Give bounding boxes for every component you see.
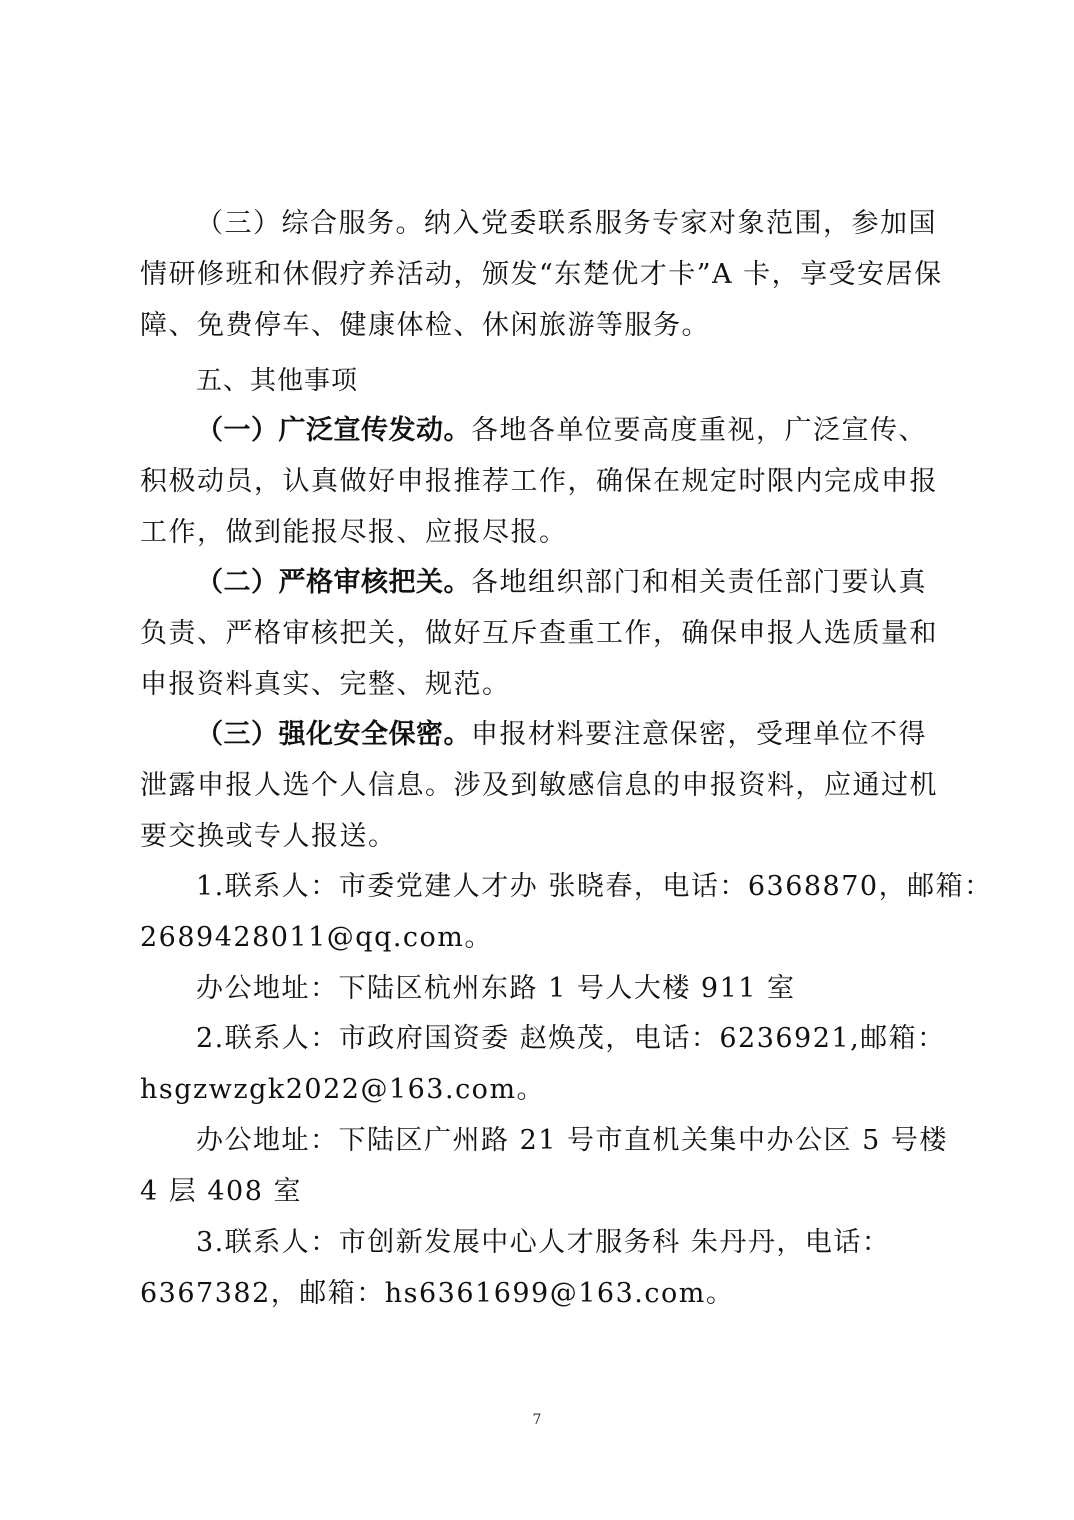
item3-line-1: （三）强化安全保密。申报材料要注意保密，受理单位不得 — [196, 718, 940, 752]
item2-line-1: （二）严格审核把关。各地组织部门和相关责任部门要认真 — [196, 566, 940, 600]
item1-line-2: 积极动员，认真做好申报推荐工作，确保在规定时限内完成申报 — [140, 465, 940, 499]
contact3-line-1: 3.联系人：市创新发展中心人才服务科 朱丹丹，电话： — [196, 1226, 940, 1260]
contact1-line-1: 1.联系人：市委党建人才办 张晓春，电话：6368870，邮箱： — [196, 870, 940, 904]
services-paragraph-line-1: （三）综合服务。纳入党委联系服务专家对象范围，参加国 — [196, 207, 940, 241]
item1-line-1: （一）广泛宣传发动。各地各单位要高度重视，广泛宣传、 — [196, 414, 940, 448]
contact1-email: 2689428011@qq.com。 — [140, 921, 940, 955]
services-paragraph-line-3: 障、免费停车、健康体检、休闲旅游等服务。 — [140, 309, 940, 343]
contact3-line-2: 6367382，邮箱：hs6361699@163.com。 — [140, 1277, 940, 1311]
contact2-email: hsgzwzgk2022@163.com。 — [140, 1073, 940, 1107]
document-page: （三）综合服务。纳入党委联系服务专家对象范围，参加国 情研修班和休假疗养活动，颁… — [0, 0, 1074, 1520]
item3-title: （三）强化安全保密。 — [196, 719, 471, 750]
item3-line-2: 泄露申报人选个人信息。涉及到敏感信息的申报资料，应通过机 — [140, 769, 940, 803]
item3-text: 申报材料要注意保密，受理单位不得 — [471, 719, 927, 750]
page-number: 7 — [530, 1412, 544, 1428]
item3-line-3: 要交换或专人报送。 — [140, 820, 940, 854]
item1-text: 各地各单位要高度重视，广泛宣传、 — [471, 415, 927, 446]
contact2-address-line-2: 4 层 408 室 — [140, 1175, 940, 1209]
services-paragraph-line-2: 情研修班和休假疗养活动，颁发“东楚优才卡”A 卡，享受安居保 — [140, 258, 940, 292]
contact1-address: 办公地址：下陆区杭州东路 1 号人大楼 911 室 — [196, 972, 940, 1006]
item2-text: 各地组织部门和相关责任部门要认真 — [471, 567, 927, 598]
item2-line-3: 申报资料真实、完整、规范。 — [140, 668, 940, 702]
item1-line-3: 工作，做到能报尽报、应报尽报。 — [140, 516, 940, 550]
contact2-line-1: 2.联系人：市政府国资委 赵焕茂，电话：6236921,邮箱： — [196, 1022, 940, 1056]
contact2-address: 办公地址：下陆区广州路 21 号市直机关集中办公区 5 号楼 — [196, 1124, 940, 1158]
item1-title: （一）广泛宣传发动。 — [196, 415, 471, 446]
section-heading-other-matters: 五、其他事项 — [196, 364, 940, 398]
item2-line-2: 负责、严格审核把关，做好互斥查重工作，确保申报人选质量和 — [140, 617, 940, 651]
item2-title: （二）严格审核把关。 — [196, 567, 471, 598]
